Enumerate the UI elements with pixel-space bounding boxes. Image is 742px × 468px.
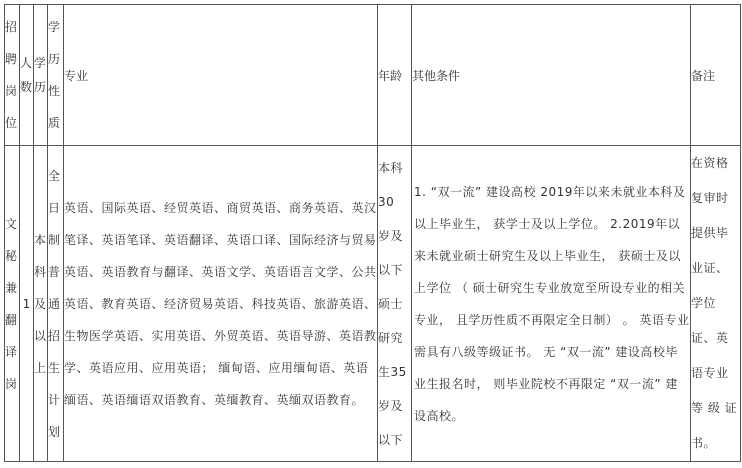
cell-education: 本科及以上 [34, 146, 48, 462]
header-age: 年龄 [378, 5, 412, 146]
cell-other-conditions: 1. “双一流” 建设高校 2019年以来未就业本科及以上毕业生， 获学士及以上… [412, 146, 691, 462]
cell-major: 英语、国际英语、经贸英语、商贸英语、商务英语、英汉笔译、英语笔译、英语翻译、英语… [64, 146, 378, 462]
header-remarks: 备注 [691, 5, 741, 146]
header-position: 招聘岗位 [5, 5, 20, 146]
cell-education-type: 全日制普通招生计划 [48, 146, 64, 462]
cell-position: 文秘兼翻译岗 [5, 146, 20, 462]
header-education-type: 学历性质 [48, 5, 64, 146]
cell-age: 本科30 岁及以下 硕士研究生35 岁及以下 [378, 146, 412, 462]
header-count: 人数 [20, 5, 34, 146]
recruitment-table: 招聘岗位 人数 学历 学历性质 专业 年龄 其他条件 备注 文秘兼翻译岗 1 本… [4, 4, 741, 462]
table-row: 文秘兼翻译岗 1 本科及以上 全日制普通招生计划 英语、国际英语、经贸英语、商贸… [5, 146, 741, 462]
cell-remarks: 在资格复审时提供毕业证、学位证、英语专业等 级 证书。 [691, 146, 741, 462]
table-header-row: 招聘岗位 人数 学历 学历性质 专业 年龄 其他条件 备注 [5, 5, 741, 146]
header-education: 学历 [34, 5, 48, 146]
cell-count: 1 [20, 146, 34, 462]
header-major: 专业 [64, 5, 378, 146]
header-other-conditions: 其他条件 [412, 5, 691, 146]
